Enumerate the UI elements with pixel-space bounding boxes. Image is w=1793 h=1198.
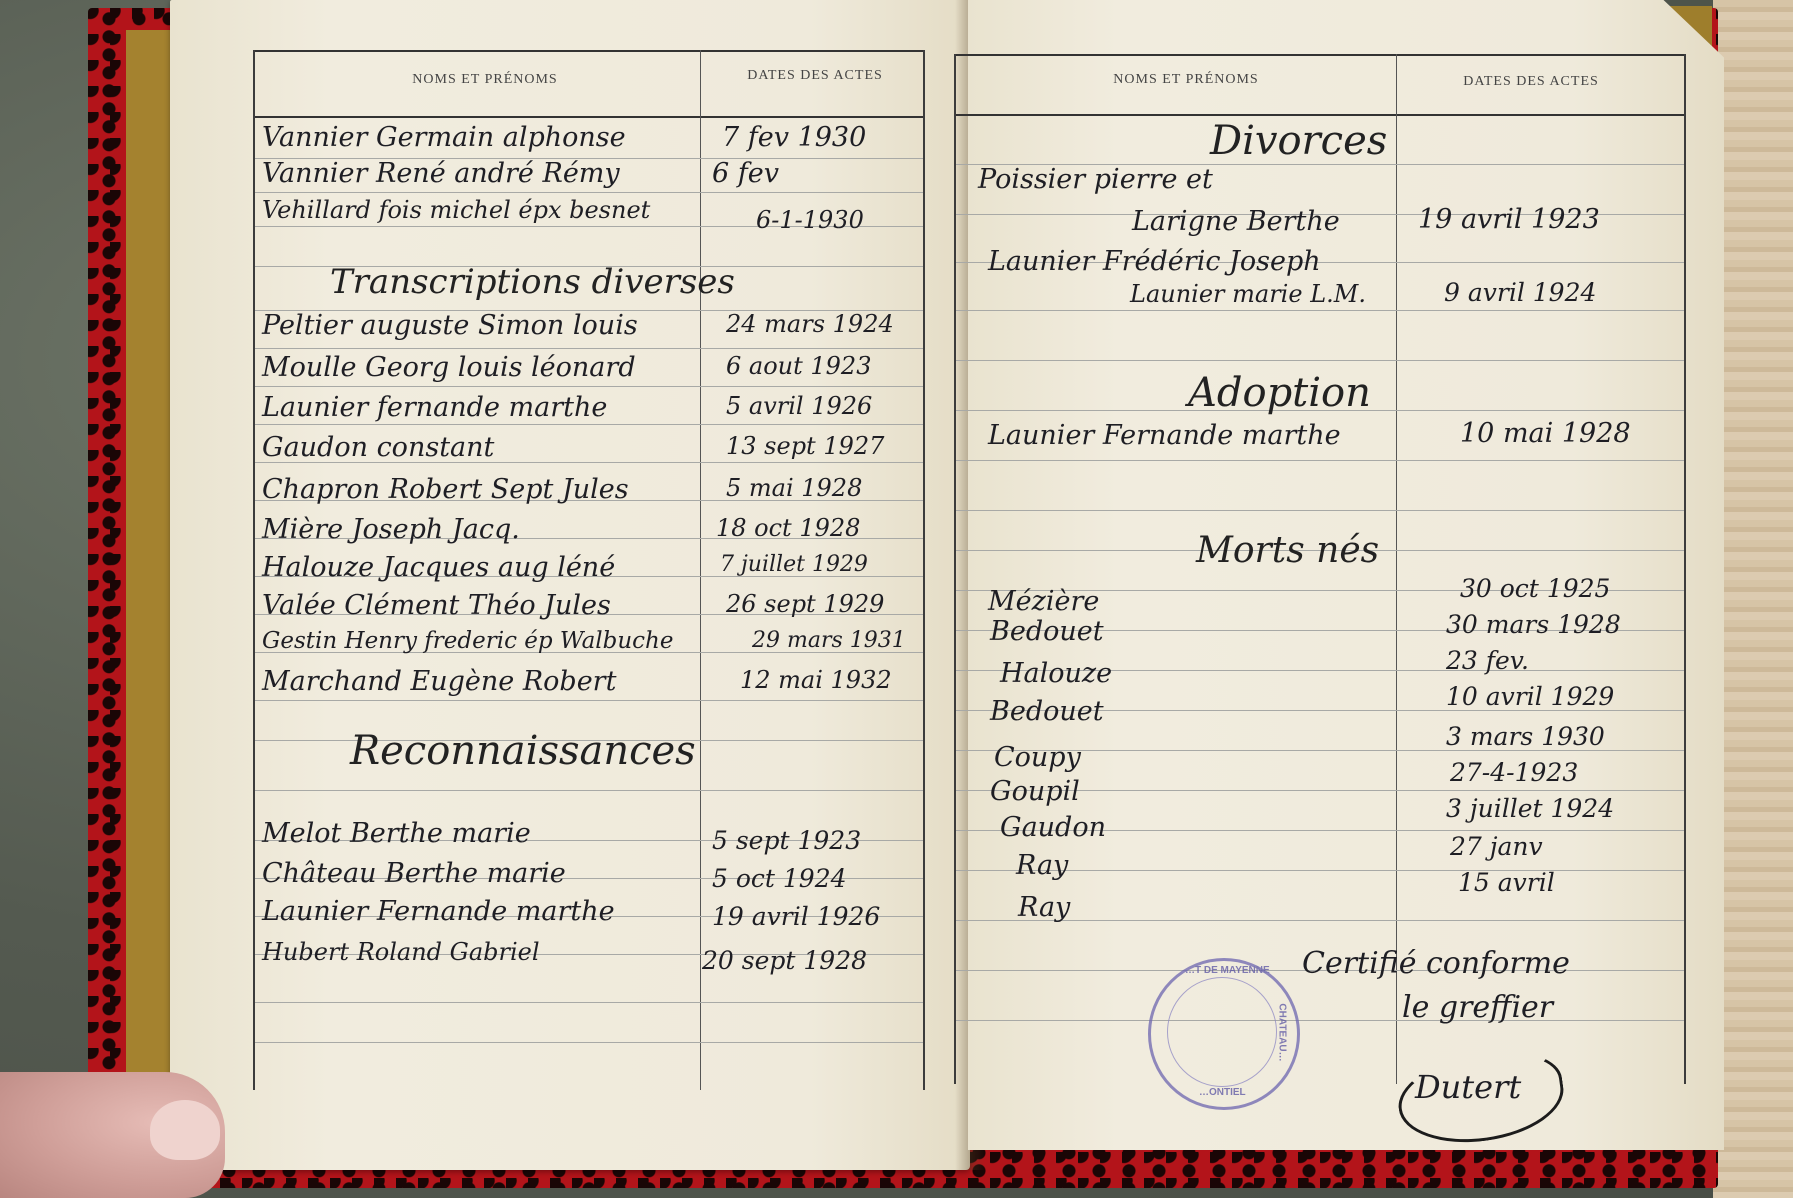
- stamp-bottom-text: …ONTIEL: [1199, 1087, 1246, 1098]
- entry-name: Gaudon: [1000, 812, 1106, 843]
- entry-date: 6 aout 1923: [726, 352, 871, 380]
- thumbnail: [150, 1100, 220, 1160]
- section-title-reconnaissances: Reconnaissances: [350, 728, 696, 774]
- column-header-dates: DATES DES ACTES: [1416, 74, 1646, 90]
- entry-date: 5 mai 1928: [726, 474, 862, 502]
- entry-date: 18 oct 1928: [716, 514, 860, 542]
- entry-date: 10 avril 1929: [1446, 682, 1614, 711]
- ruled-line: [255, 192, 923, 193]
- frame-top-rule: [956, 54, 1684, 56]
- entry-date: 27-4-1923: [1450, 758, 1578, 787]
- column-header-names: NOMS ET PRÉNOMS: [1066, 72, 1306, 88]
- entry-date: 5 oct 1924: [712, 864, 847, 893]
- entry-name: Valée Clément Théo Jules: [262, 590, 611, 621]
- section-title-morts-nes: Morts nés: [1196, 530, 1379, 571]
- entry-date: 13 sept 1927: [726, 432, 884, 460]
- entry-date: 30 oct 1925: [1460, 574, 1610, 603]
- stamp-right-text: CHATEAU…: [1277, 1003, 1288, 1061]
- entry-date: 5 sept 1923: [712, 826, 861, 855]
- stamp-inner-ring: [1167, 977, 1277, 1087]
- ruled-line: [255, 790, 923, 791]
- entry-name: Halouze: [1000, 658, 1112, 689]
- column-separator: [1396, 54, 1397, 1084]
- entry-name: Chapron Robert Sept Jules: [262, 474, 629, 505]
- entry-name: Coupy: [994, 742, 1081, 773]
- entry-date: 19 avril 1926: [712, 902, 880, 931]
- entry-name: Moulle Georg louis léonard: [262, 352, 636, 383]
- entry-name: Hubert Roland Gabriel: [262, 938, 540, 966]
- column-header-names: NOMS ET PRÉNOMS: [315, 72, 655, 88]
- entry-name: Vehillard fois michel épx besnet: [262, 196, 650, 224]
- entry-date: 20 sept 1928: [702, 946, 867, 975]
- entry-name: Gestin Henry frederic ép Walbuche: [262, 628, 673, 654]
- entry-name: Vannier René andré Rémy: [262, 158, 620, 189]
- wooden-table-surface: [1713, 0, 1793, 1198]
- entry-date: 9 avril 1924: [1444, 278, 1596, 307]
- ruled-line: [956, 310, 1684, 311]
- frame-top-rule: [255, 50, 923, 52]
- header-rule: [956, 114, 1684, 116]
- column-separator: [700, 50, 701, 1090]
- official-stamp: …T DE MAYENNE CHATEAU… …ONTIEL: [1148, 958, 1300, 1110]
- entry-date: 7 fev 1930: [722, 122, 866, 153]
- ruled-line: [255, 1002, 923, 1003]
- entry-name: Gaudon constant: [262, 432, 494, 463]
- ruled-line: [255, 424, 923, 425]
- entry-name: Vannier Germain alphonse: [262, 122, 626, 153]
- entry-date: 12 mai 1932: [740, 666, 892, 694]
- entry-name-line2: Launier marie L.M.: [1130, 280, 1366, 308]
- entry-date: 30 mars 1928: [1446, 610, 1621, 639]
- section-title-transcriptions: Transcriptions diverses: [330, 262, 735, 302]
- entry-name: Halouze Jacques aug léné: [262, 552, 615, 583]
- stamp-top-text: …T DE MAYENNE: [1185, 965, 1270, 976]
- ruled-line: [956, 1020, 1684, 1021]
- entry-name: Poissier pierre et: [978, 164, 1213, 195]
- entry-name: Ray: [1018, 892, 1070, 923]
- section-title-adoption: Adoption: [1188, 370, 1371, 416]
- entry-date: 3 juillet 1924: [1446, 794, 1614, 823]
- entry-name: Peltier auguste Simon louis: [262, 310, 638, 341]
- entry-date: 19 avril 1923: [1418, 204, 1600, 235]
- entry-date: 27 janv: [1450, 832, 1543, 861]
- entry-name: Ray: [1016, 850, 1068, 881]
- greffier-text: le greffier: [1402, 990, 1553, 1025]
- entry-name: Château Berthe marie: [262, 858, 566, 889]
- header-rule: [255, 116, 923, 118]
- entry-date: 15 avril: [1458, 868, 1555, 897]
- ruled-line: [956, 510, 1684, 511]
- section-title-divorces: Divorces: [1210, 118, 1387, 164]
- entry-name: Mézière: [988, 586, 1099, 617]
- entry-name: Launier Fernande marthe: [262, 896, 615, 927]
- entry-name: Melot Berthe marie: [262, 818, 531, 849]
- signature-text: Dutert: [1415, 1068, 1521, 1106]
- certification-text: Certifié conforme: [1302, 946, 1570, 981]
- entry-date: 6-1-1930: [756, 206, 864, 234]
- entry-name-line2: Larigne Berthe: [1132, 206, 1340, 237]
- ruled-line: [255, 1042, 923, 1043]
- entry-date: 26 sept 1929: [726, 590, 884, 618]
- entry-date: 6 fev: [712, 158, 779, 189]
- ruled-line: [956, 460, 1684, 461]
- entry-date: 3 mars 1930: [1446, 722, 1605, 751]
- entry-name: Launier fernande marthe: [262, 392, 607, 423]
- ruled-line: [255, 386, 923, 387]
- entry-date: 23 fev.: [1446, 646, 1529, 675]
- entry-name: Marchand Eugène Robert: [262, 666, 616, 697]
- entry-name: Bedouet: [990, 696, 1104, 727]
- ruled-line: [255, 348, 923, 349]
- entry-date: 29 mars 1931: [752, 628, 906, 653]
- entry-date: 10 mai 1928: [1460, 418, 1631, 449]
- entry-name: Launier Frédéric Joseph: [988, 246, 1321, 277]
- entry-name: Launier Fernande marthe: [988, 420, 1341, 451]
- entry-date: 24 mars 1924: [726, 310, 894, 338]
- entry-name: Mière Joseph Jacq.: [262, 514, 520, 545]
- ruled-line: [255, 700, 923, 701]
- ruled-line: [956, 360, 1684, 361]
- entry-date: 7 juillet 1929: [720, 552, 868, 577]
- entry-name: Bedouet: [990, 616, 1104, 647]
- column-header-dates: DATES DES ACTES: [710, 68, 920, 84]
- entry-date: 5 avril 1926: [726, 392, 872, 420]
- entry-name: Goupil: [990, 776, 1080, 807]
